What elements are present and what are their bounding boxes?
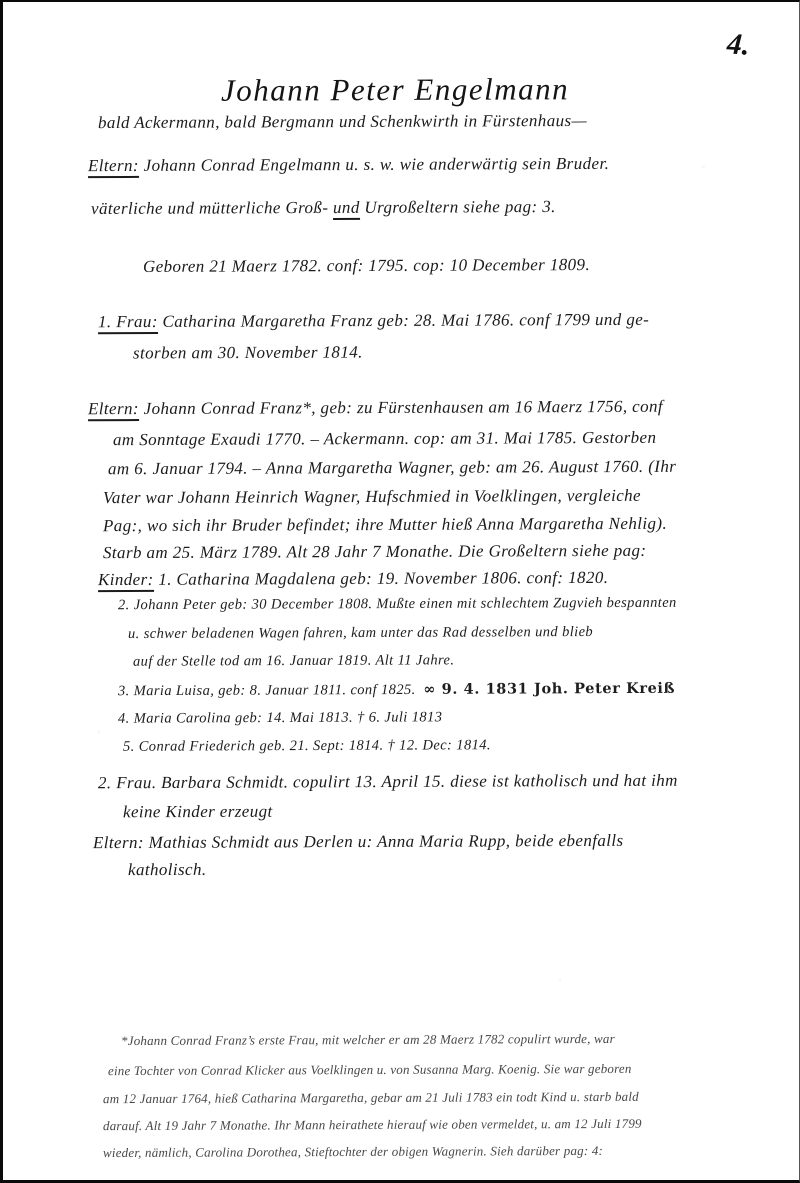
- text-segment: väterliche und mütterliche Groß-: [91, 198, 333, 218]
- text-segment: darauf. Alt 19 Jahr 7 Monathe. Ihr Mann …: [103, 1116, 642, 1133]
- handwritten-line: 3. Maria Luisa, geb: 8. Januar 1811. con…: [118, 680, 675, 700]
- handwritten-line: auf der Stelle tod am 16. Januar 1819. A…: [133, 652, 454, 670]
- handwritten-line: Eltern: Mathias Schmidt aus Derlen u: An…: [93, 831, 624, 853]
- text-segment: *Johann Conrad Franz’s erste Frau, mit w…: [121, 1031, 615, 1048]
- text-segment: 3. Maria Luisa, geb: 8. Januar 1811. con…: [118, 682, 423, 699]
- underlined-text-segment: Eltern:: [88, 156, 139, 178]
- text-segment: Pag:, wo sich ihr Bruder befindet; ihre …: [103, 514, 667, 535]
- handwritten-line: Pag:, wo sich ihr Bruder befindet; ihre …: [103, 514, 667, 536]
- handwritten-line: väterliche und mütterliche Groß- und Urg…: [91, 197, 556, 219]
- handwritten-line: katholisch.: [128, 860, 207, 880]
- text-segment: u. schwer beladenen Wagen fahren, kam un…: [128, 624, 593, 642]
- underlined-text-segment: und: [333, 198, 360, 220]
- handwritten-line: Kinder: 1. Catharina Magdalena geb: 19. …: [98, 568, 608, 590]
- text-segment: ∞ 9. 4. 1831 Joh. Peter Kreiß: [423, 680, 675, 698]
- text-segment: Johann Conrad Franz*, geb: zu Fürstenhau…: [139, 397, 663, 418]
- text-segment: 1. Catharina Magdalena geb: 19. November…: [154, 568, 609, 589]
- text-segment: Geboren 21 Maerz 1782. conf: 1795. cop: …: [143, 255, 590, 276]
- text-segment: am 6. Januar 1794. – Anna Margaretha Wag…: [108, 457, 676, 478]
- handwritten-line: wieder, nämlich, Carolina Dorothea, Stie…: [103, 1143, 603, 1161]
- handwritten-line: am 12 Januar 1764, hieß Catharina Margar…: [103, 1089, 639, 1107]
- text-segment: Starb am 25. März 1789. Alt 28 Jahr 7 Mo…: [103, 541, 647, 562]
- handwritten-line: 4. Maria Carolina geb: 14. Mai 1813. † 6…: [118, 709, 442, 727]
- handwritten-line: bald Ackermann, bald Bergmann und Schenk…: [98, 111, 587, 133]
- page-number: 4.: [726, 27, 751, 62]
- text-segment: 4. Maria Carolina geb: 14. Mai 1813. † 6…: [118, 709, 442, 726]
- handwritten-line: Eltern: Johann Conrad Engelmann u. s. w.…: [88, 154, 609, 176]
- handwritten-line: 5. Conrad Friederich geb. 21. Sept: 1814…: [123, 737, 491, 756]
- handwritten-line: am 6. Januar 1794. – Anna Margaretha Wag…: [108, 457, 676, 479]
- text-segment: 2. Johann Peter geb: 30 December 1808. M…: [118, 595, 677, 613]
- text-segment: storben am 30. November 1814.: [133, 342, 363, 362]
- text-segment: wieder, nämlich, Carolina Dorothea, Stie…: [103, 1143, 603, 1160]
- handwritten-line: storben am 30. November 1814.: [133, 342, 363, 363]
- text-segment: Johann Conrad Engelmann u. s. w. wie and…: [139, 154, 609, 175]
- text-segment: Johann Peter Engelmann: [221, 71, 569, 108]
- handwritten-line: u. schwer beladenen Wagen fahren, kam un…: [128, 624, 593, 643]
- underlined-text-segment: Kinder:: [98, 570, 154, 592]
- handwritten-line: *Johann Conrad Franz’s erste Frau, mit w…: [121, 1031, 615, 1049]
- document-title: Johann Peter Engelmann: [221, 71, 569, 109]
- handwritten-line: eine Tochter von Conrad Klicker aus Voel…: [108, 1061, 632, 1079]
- handwritten-line: 2. Johann Peter geb: 30 December 1808. M…: [118, 595, 677, 614]
- text-segment: am Sonntage Exaudi 1770. – Ackermann. co…: [113, 428, 656, 449]
- text-segment: keine Kinder erzeugt: [123, 802, 273, 822]
- handwritten-line: 1. Frau: Catharina Margaretha Franz geb:…: [98, 310, 649, 332]
- text-segment: eine Tochter von Conrad Klicker aus Voel…: [108, 1061, 632, 1078]
- handwritten-line: Geboren 21 Maerz 1782. conf: 1795. cop: …: [143, 255, 590, 277]
- underlined-text-segment: 1. Frau:: [98, 312, 158, 334]
- handwritten-line: darauf. Alt 19 Jahr 7 Monathe. Ihr Mann …: [103, 1116, 642, 1134]
- handwritten-line: Starb am 25. März 1789. Alt 28 Jahr 7 Mo…: [103, 541, 647, 563]
- text-segment: 2. Frau. Barbara Schmidt. copulirt 13. A…: [98, 771, 678, 793]
- text-segment: Eltern: Mathias Schmidt aus Derlen u: An…: [93, 831, 624, 852]
- text-segment: bald Ackermann, bald Bergmann und Schenk…: [98, 111, 587, 132]
- handwritten-line: 2. Frau. Barbara Schmidt. copulirt 13. A…: [98, 771, 678, 794]
- text-segment: auf der Stelle tod am 16. Januar 1819. A…: [133, 652, 454, 669]
- handwritten-line: Vater war Johann Heinrich Wagner, Hufsch…: [103, 486, 641, 508]
- text-segment: katholisch.: [128, 860, 207, 879]
- text-segment: Vater war Johann Heinrich Wagner, Hufsch…: [103, 486, 641, 507]
- handwritten-line: keine Kinder erzeugt: [123, 802, 273, 823]
- text-segment: am 12 Januar 1764, hieß Catharina Margar…: [103, 1089, 639, 1106]
- handwritten-line: am Sonntage Exaudi 1770. – Ackermann. co…: [113, 428, 656, 450]
- text-segment: 5. Conrad Friederich geb. 21. Sept: 1814…: [123, 737, 491, 755]
- text-segment: Urgroßeltern siehe pag: 3.: [360, 197, 556, 217]
- underlined-text-segment: Eltern:: [88, 399, 139, 421]
- handwritten-line: Eltern: Johann Conrad Franz*, geb: zu Fü…: [88, 397, 663, 420]
- text-segment: Catharina Margaretha Franz geb: 28. Mai …: [158, 310, 649, 331]
- manuscript-page: 4. Johann Peter Engelmannbald Ackermann,…: [0, 0, 800, 1183]
